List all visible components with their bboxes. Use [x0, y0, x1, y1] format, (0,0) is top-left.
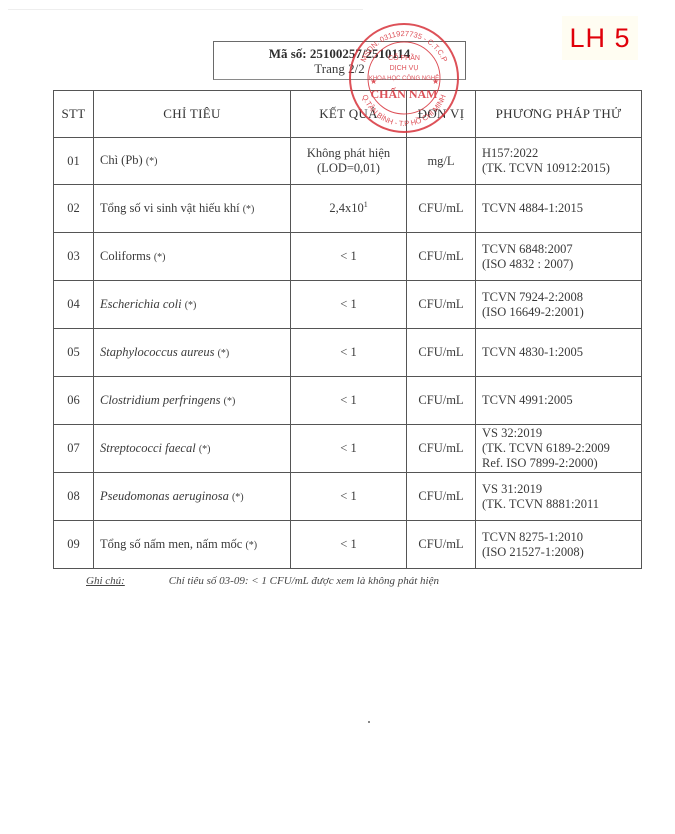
- unit-value: CFU/mL: [407, 473, 476, 521]
- indicator-label: Tổng số nấm men, nấm mốc: [100, 537, 242, 551]
- result-value: < 1: [291, 425, 407, 473]
- test-method: VS 32:2019(TK. TCVN 6189-2:2009Ref. ISO …: [476, 425, 642, 473]
- result-value: < 1: [291, 377, 407, 425]
- indicator-label: Chì (Pb): [100, 153, 143, 167]
- table-row: 07Streptococci faecal (*)< 1CFU/mLVS 32:…: [54, 425, 642, 473]
- accreditation-mark: (*): [224, 396, 236, 407]
- indicator-name: Chì (Pb) (*): [94, 138, 291, 185]
- unit-value: CFU/mL: [407, 233, 476, 281]
- scan-speck: [368, 721, 370, 723]
- result-value: < 1: [291, 473, 407, 521]
- accreditation-mark: (*): [185, 300, 197, 311]
- footnote-label: Ghi chú:: [86, 575, 166, 587]
- indicator-label: Streptococci faecal: [100, 441, 196, 455]
- indicator-label: Escherichia coli: [100, 297, 182, 311]
- indicator-label: Staphylococcus aureus: [100, 345, 214, 359]
- result-value: < 1: [291, 233, 407, 281]
- row-number: 02: [54, 185, 94, 233]
- indicator-name: Clostridium perfringens (*): [94, 377, 291, 425]
- indicator-name: Escherichia coli (*): [94, 281, 291, 329]
- row-number: 06: [54, 377, 94, 425]
- indicator-name: Coliforms (*): [94, 233, 291, 281]
- page-number: Trang 2/2: [214, 61, 465, 76]
- accreditation-mark: (*): [245, 540, 257, 551]
- header-indicator: CHỈ TIÊU: [94, 91, 291, 138]
- sample-badge: LH 5: [562, 16, 638, 60]
- indicator-name: Pseudomonas aeruginosa (*): [94, 473, 291, 521]
- test-method: TCVN 4830-1:2005: [476, 329, 642, 377]
- header-unit: ĐƠN VỊ: [407, 91, 476, 138]
- reference-code: Mã số: 25100257/2510114: [214, 46, 465, 61]
- accreditation-mark: (*): [232, 492, 244, 503]
- test-method: TCVN 6848:2007(ISO 4832 : 2007): [476, 233, 642, 281]
- table-body: 01Chì (Pb) (*)Không phát hiện(LOD=0,01)m…: [54, 138, 642, 569]
- header-stt: STT: [54, 91, 94, 138]
- test-method: TCVN 4884-1:2015: [476, 185, 642, 233]
- table-row: 09Tổng số nấm men, nấm mốc (*)< 1CFU/mLT…: [54, 521, 642, 569]
- unit-value: CFU/mL: [407, 329, 476, 377]
- result-value: 2,4x101: [291, 185, 407, 233]
- test-method: VS 31:2019(TK. TCVN 8881:2011: [476, 473, 642, 521]
- unit-value: CFU/mL: [407, 281, 476, 329]
- row-number: 08: [54, 473, 94, 521]
- result-value: < 1: [291, 281, 407, 329]
- accreditation-mark: (*): [243, 204, 255, 215]
- table-header-row: STT CHỈ TIÊU KẾT QUẢ ĐƠN VỊ PHƯƠNG PHÁP …: [54, 91, 642, 138]
- indicator-name: Tổng số nấm men, nấm mốc (*): [94, 521, 291, 569]
- indicator-label: Coliforms: [100, 249, 151, 263]
- row-number: 07: [54, 425, 94, 473]
- accreditation-mark: (*): [199, 444, 211, 455]
- row-number: 01: [54, 138, 94, 185]
- indicator-name: Staphylococcus aureus (*): [94, 329, 291, 377]
- result-value: Không phát hiện(LOD=0,01): [291, 138, 407, 185]
- footnote-text: Chỉ tiêu số 03-09: < 1 CFU/mL được xem l…: [169, 575, 439, 587]
- table-row: 02Tổng số vi sinh vật hiếu khí (*)2,4x10…: [54, 185, 642, 233]
- unit-value: CFU/mL: [407, 377, 476, 425]
- reference-box: Mã số: 25100257/2510114 Trang 2/2: [213, 41, 466, 80]
- indicator-name: Streptococci faecal (*): [94, 425, 291, 473]
- scan-edge-line: [8, 9, 363, 10]
- indicator-label: Pseudomonas aeruginosa: [100, 489, 229, 503]
- row-number: 04: [54, 281, 94, 329]
- header-method: PHƯƠNG PHÁP THỬ: [476, 91, 642, 138]
- indicator-label: Clostridium perfringens: [100, 393, 221, 407]
- accreditation-mark: (*): [218, 348, 230, 359]
- row-number: 03: [54, 233, 94, 281]
- unit-value: mg/L: [407, 138, 476, 185]
- accreditation-mark: (*): [154, 252, 166, 263]
- table-row: 08Pseudomonas aeruginosa (*)< 1CFU/mLVS …: [54, 473, 642, 521]
- result-value: < 1: [291, 521, 407, 569]
- test-method: TCVN 8275-1:2010(ISO 21527-1:2008): [476, 521, 642, 569]
- result-value: < 1: [291, 329, 407, 377]
- test-method: TCVN 4991:2005: [476, 377, 642, 425]
- footnote: Ghi chú: Chỉ tiêu số 03-09: < 1 CFU/mL đ…: [86, 575, 439, 587]
- unit-value: CFU/mL: [407, 425, 476, 473]
- row-number: 05: [54, 329, 94, 377]
- table-row: 05Staphylococcus aureus (*)< 1CFU/mLTCVN…: [54, 329, 642, 377]
- test-method: H157:2022(TK. TCVN 10912:2015): [476, 138, 642, 185]
- results-table: STT CHỈ TIÊU KẾT QUẢ ĐƠN VỊ PHƯƠNG PHÁP …: [53, 90, 642, 569]
- test-method: TCVN 7924-2:2008(ISO 16649-2:2001): [476, 281, 642, 329]
- header-result: KẾT QUẢ: [291, 91, 407, 138]
- table-row: 06Clostridium perfringens (*)< 1CFU/mLTC…: [54, 377, 642, 425]
- indicator-name: Tổng số vi sinh vật hiếu khí (*): [94, 185, 291, 233]
- accreditation-mark: (*): [146, 156, 158, 167]
- table-row: 04Escherichia coli (*)< 1CFU/mLTCVN 7924…: [54, 281, 642, 329]
- table-row: 01Chì (Pb) (*)Không phát hiện(LOD=0,01)m…: [54, 138, 642, 185]
- unit-value: CFU/mL: [407, 521, 476, 569]
- row-number: 09: [54, 521, 94, 569]
- indicator-label: Tổng số vi sinh vật hiếu khí: [100, 201, 240, 215]
- table-row: 03Coliforms (*)< 1CFU/mLTCVN 6848:2007(I…: [54, 233, 642, 281]
- unit-value: CFU/mL: [407, 185, 476, 233]
